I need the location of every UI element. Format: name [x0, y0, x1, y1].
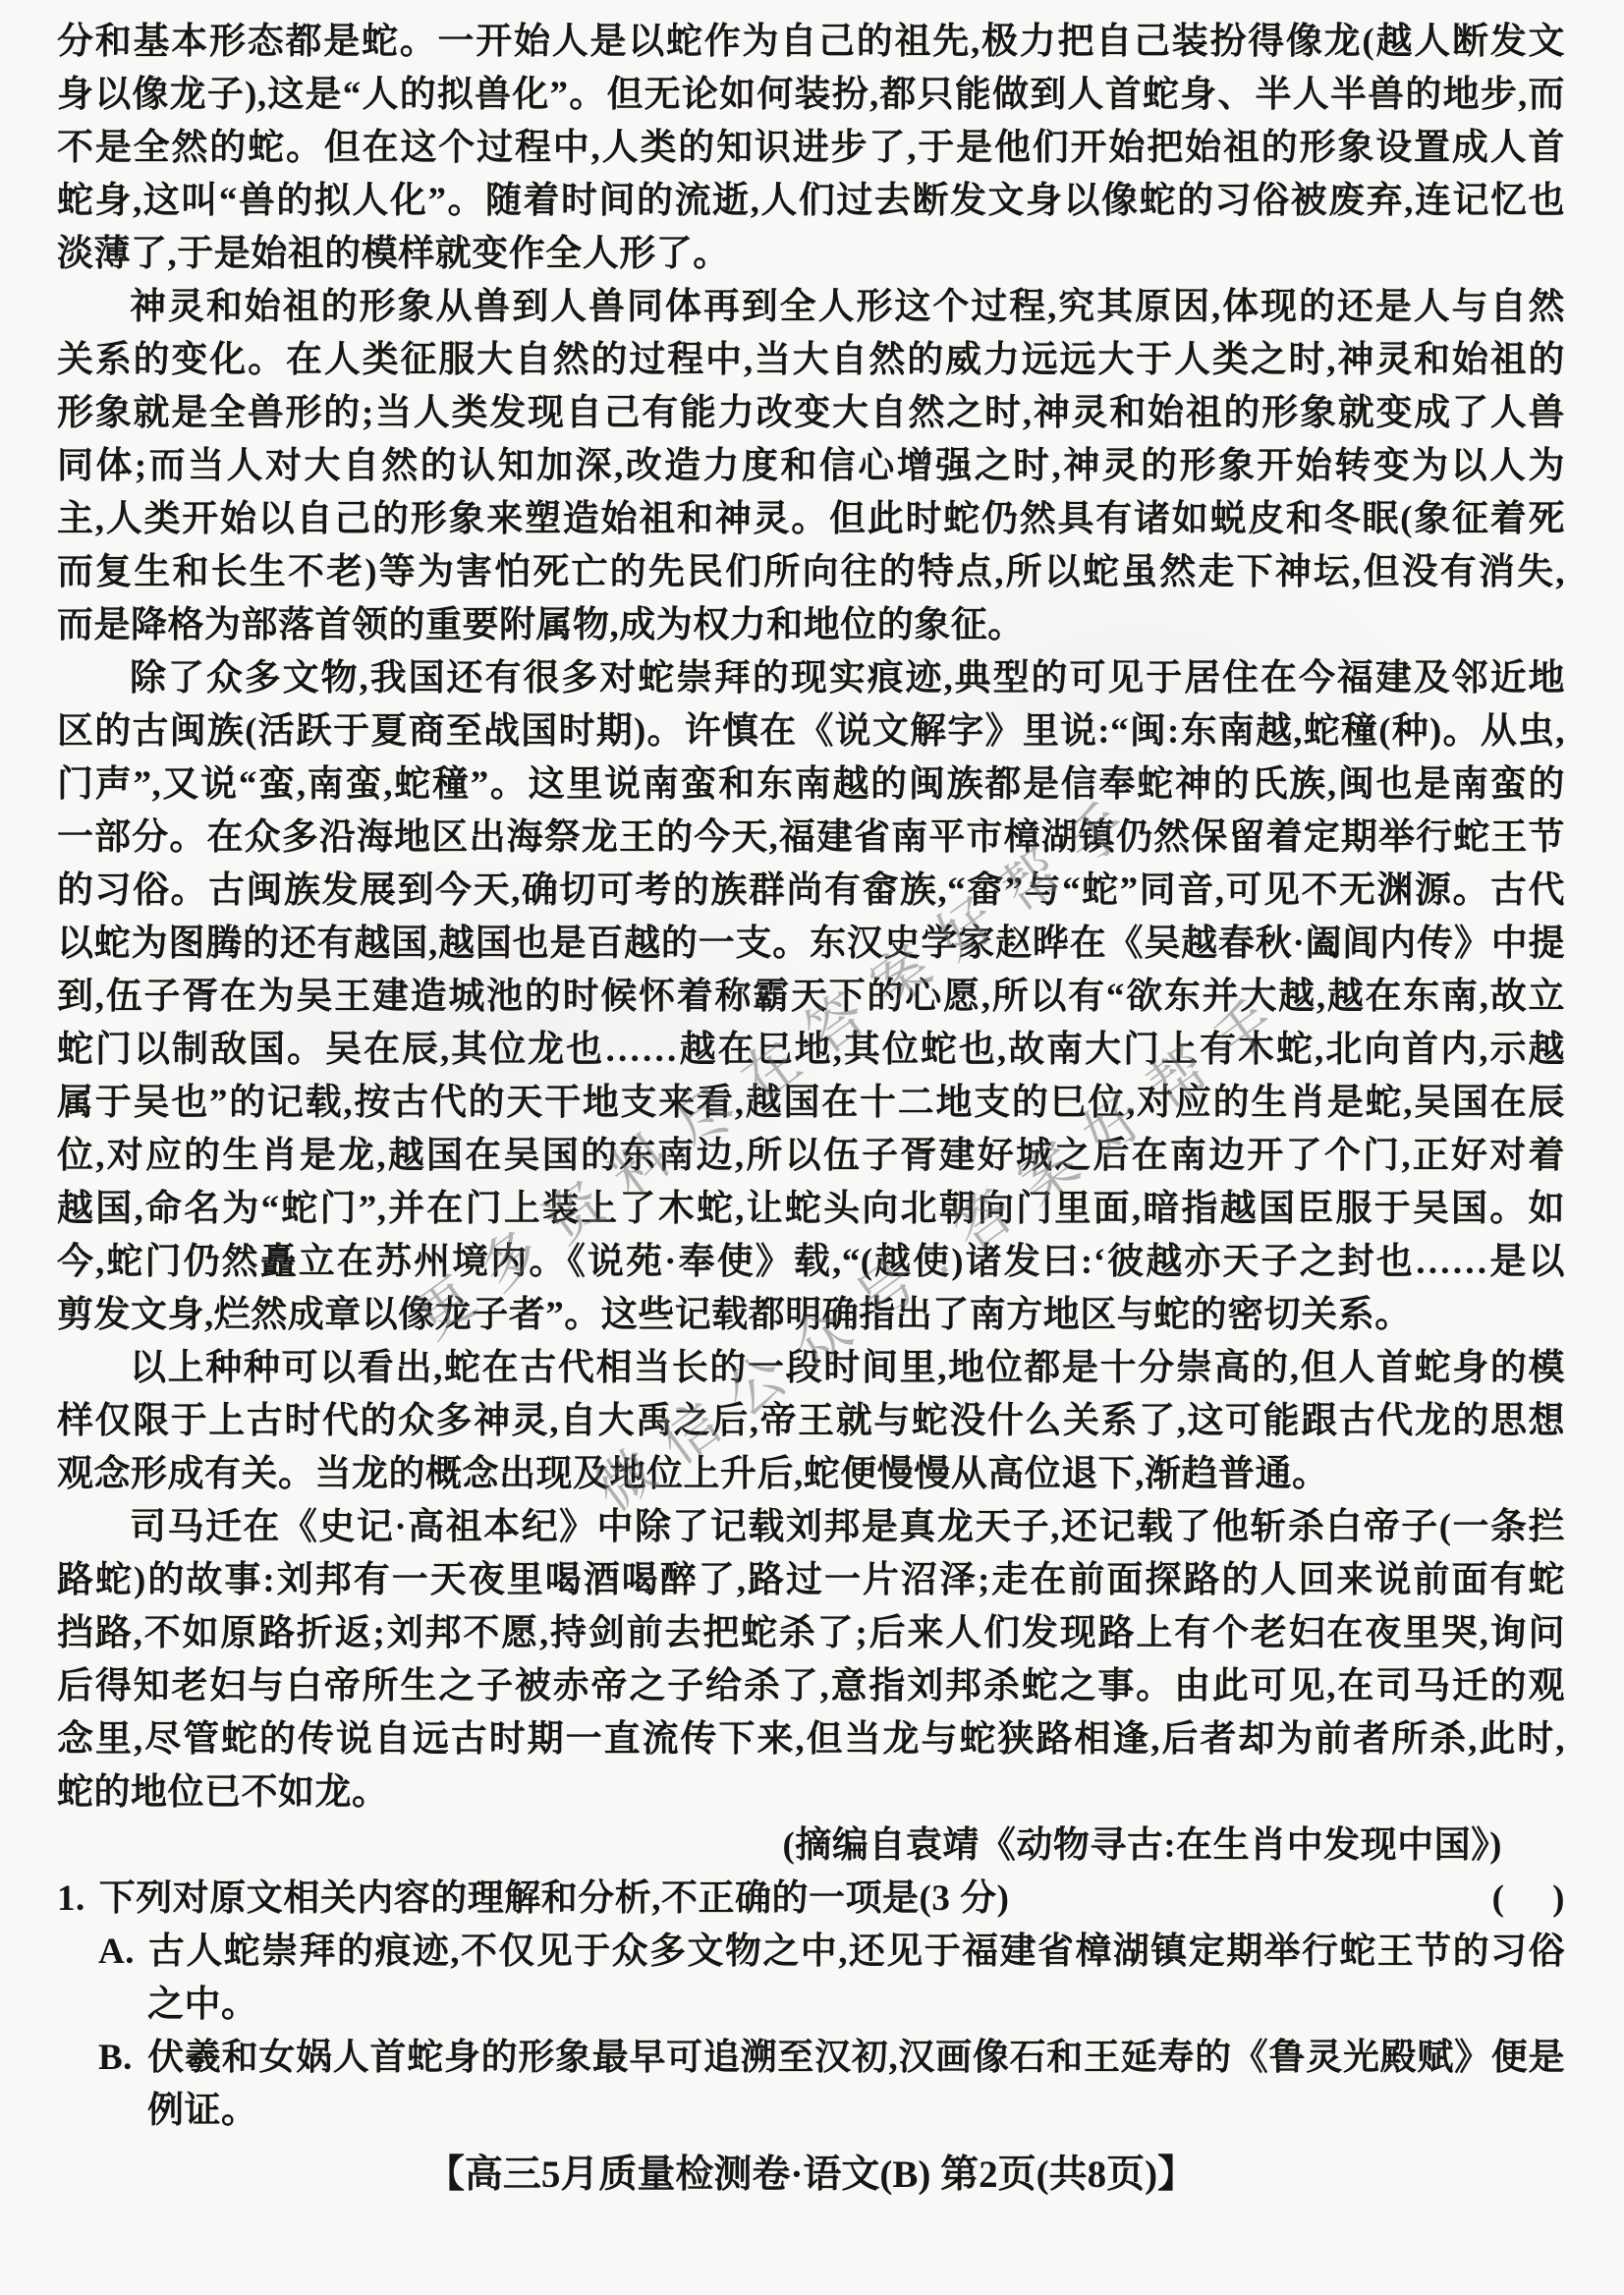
- page-content: 分和基本形态都是蛇。一开始人是以蛇作为自己的祖先,极力把自己装扮得像龙(越人断发…: [57, 16, 1565, 2203]
- passage-line: 挡路,不如原路折返;刘邦不愿,持剑前去把蛇杀了;后来人们发现路上有个老妇在夜里哭…: [57, 1607, 1565, 1660]
- option-label-b: B.: [98, 2032, 147, 2085]
- passage-line: 蛇门以制敌国。吴在辰,其位龙也……越在巳地,其位蛇也,故南大门上有木蛇,北向首内…: [57, 1024, 1565, 1077]
- passage-line: 以蛇为图腾的还有越国,越国也是百越的一支。东汉史学家赵晔在《吴越春秋·阖闾内传》…: [57, 918, 1565, 971]
- passage-line: 剪发文身,烂然成章以像龙子者”。这些记载都明确指出了南方地区与蛇的密切关系。: [57, 1289, 1565, 1342]
- passage-line: 今,蛇门仍然矗立在苏州境内。《说苑·奉使》载,“(越使)诸发曰:‘彼越亦天子之封…: [57, 1236, 1565, 1289]
- exam-page: 分和基本形态都是蛇。一开始人是以蛇作为自己的祖先,极力把自己装扮得像龙(越人断发…: [0, 0, 1624, 2295]
- passage-line: 以上种种可以看出,蛇在古代相当长的一段时间里,地位都是十分崇高的,但人首蛇身的模: [57, 1342, 1565, 1395]
- question-stem: 下列对原文相关内容的理解和分析,不正确的一项是(3 分): [99, 1878, 1010, 1919]
- passage-line: 区的古闽族(活跃于夏商至战国时期)。许慎在《说文解字》里说:“闽:东南越,蛇穜(…: [57, 705, 1565, 758]
- passage-line: 到,伍子胥在为吴王建造城池的时候怀着称霸天下的心愿,所以有“欲东并大越,越在东南…: [57, 971, 1565, 1024]
- passage-line: 的习俗。古闽族发展到今天,确切可考的族群尚有畲族,“畲”与“蛇”同音,可见不无渊…: [57, 865, 1565, 918]
- passage-line: 一部分。在众多沿海地区出海祭龙王的今天,福建省南平市樟湖镇仍然保留着定期举行蛇王…: [57, 812, 1565, 865]
- passage-line: 而是降格为部落首领的重要附属物,成为权力和地位的象征。: [57, 599, 1565, 652]
- passage-line: 同体;而当人对大自然的认知加深,改造力度和信心增强之时,神灵的形象开始转变为以人…: [57, 440, 1565, 493]
- passage-line: 主,人类开始以自己的形象来塑造始祖和神灵。但此时蛇仍然具有诸如蜕皮和冬眠(象征着…: [57, 493, 1565, 546]
- passage-line: 司马迁在《史记·高祖本纪》中除了记载刘邦是真龙天子,还记载了他斩杀白帝子(一条拦: [57, 1501, 1565, 1554]
- answer-bracket: ( ): [1492, 1873, 1565, 1926]
- passage-line: 越国,命名为“蛇门”,并在门上装上了木蛇,让蛇头向北朝向门里面,暗指越国臣服于吴…: [57, 1183, 1565, 1236]
- passage-line: 路蛇)的故事:刘邦有一天夜里喝酒喝醉了,路过一片沼泽;走在前面探路的人回来说前面…: [57, 1554, 1565, 1607]
- option-line: 例证。: [57, 2085, 1565, 2138]
- passage-line: 关系的变化。在人类征服大自然的过程中,当大自然的威力远远大于人类之时,神灵和始祖…: [57, 334, 1565, 387]
- option-line: B.伏羲和女娲人首蛇身的形象最早可追溯至汉初,汉画像石和王延寿的《鲁灵光殿赋》便…: [57, 2032, 1565, 2085]
- option-line: A.古人蛇崇拜的痕迹,不仅见于众多文物之中,还见于福建省樟湖镇定期举行蛇王节的习…: [57, 1926, 1565, 1979]
- passage-line: 淡薄了,于是始祖的模样就变作全人形了。: [57, 228, 1565, 281]
- passage-line: 位,对应的生肖是龙,越国在吴国的东南边,所以伍子胥建好城之后在南边开了个门,正好…: [57, 1130, 1565, 1183]
- passage-line: 形象就是全兽形的;当人类发现自己有能力改变大自然之时,神灵和始祖的形象就变成了人…: [57, 387, 1565, 440]
- question-number: 1.: [57, 1873, 85, 1926]
- passage-line: 而复生和长生不老)等为害怕死亡的先民们所向往的特点,所以蛇虽然走下神坛,但没有消…: [57, 546, 1565, 599]
- passage-line: 样仅限于上古时代的众多神灵,自大禹之后,帝王就与蛇没什么关系了,这可能跟古代龙的…: [57, 1395, 1565, 1448]
- passage-line: 神灵和始祖的形象从兽到人兽同体再到全人形这个过程,究其原因,体现的还是人与自然: [57, 281, 1565, 334]
- passage-citation: (摘编自袁靖《动物寻古:在生肖中发现中国》): [57, 1819, 1565, 1873]
- passage-line: 门声”,又说“蛮,南蛮,蛇穜”。这里说南蛮和东南越的闽族都是信奉蛇神的氏族,闽也…: [57, 758, 1565, 812]
- question-options: A.古人蛇崇拜的痕迹,不仅见于众多文物之中,还见于福建省樟湖镇定期举行蛇王节的习…: [57, 1926, 1565, 2138]
- passage-line: 分和基本形态都是蛇。一开始人是以蛇作为自己的祖先,极力把自己装扮得像龙(越人断发…: [57, 16, 1565, 69]
- question-1-stem-row: 1.下列对原文相关内容的理解和分析,不正确的一项是(3 分) ( ): [57, 1873, 1565, 1926]
- passage-line: 除了众多文物,我国还有很多对蛇崇拜的现实痕迹,典型的可见于居住在今福建及邻近地: [57, 652, 1565, 705]
- option-label-a: A.: [98, 1926, 147, 1979]
- passage-line: 念里,尽管蛇的传说自远古时期一直流传下来,但当龙与蛇狭路相逢,后者却为前者所杀,…: [57, 1713, 1565, 1766]
- reading-passage: 分和基本形态都是蛇。一开始人是以蛇作为自己的祖先,极力把自己装扮得像龙(越人断发…: [57, 16, 1565, 1819]
- page-footer: 【高三5月质量检测卷·语文(B) 第2页(共8页)】: [57, 2148, 1565, 2203]
- passage-line: 蛇身,这叫“兽的拟人化”。随着时间的流逝,人们过去断发文身以像蛇的习俗被废弃,连…: [57, 175, 1565, 228]
- option-line: 之中。: [57, 1979, 1565, 2032]
- passage-line: 不是全然的蛇。但在这个过程中,人类的知识进步了,于是他们开始把始祖的形象设置成人…: [57, 122, 1565, 175]
- passage-line: 蛇的地位已不如龙。: [57, 1766, 1565, 1819]
- question-stem-text: 1.下列对原文相关内容的理解和分析,不正确的一项是(3 分): [57, 1873, 1009, 1926]
- passage-line: 属于吴也”的记载,按古代的天干地支来看,越国在十二地支的巳位,对应的生肖是蛇,吴…: [57, 1077, 1565, 1130]
- passage-line: 观念形成有关。当龙的概念出现及地位上升后,蛇便慢慢从高位退下,渐趋普通。: [57, 1448, 1565, 1501]
- passage-line: 后得知老妇与白帝所生之子被赤帝之子给杀了,意指刘邦杀蛇之事。由此可见,在司马迁的…: [57, 1660, 1565, 1713]
- passage-line: 身以像龙子),这是“人的拟兽化”。但无论如何装扮,都只能做到人首蛇身、半人半兽的…: [57, 69, 1565, 122]
